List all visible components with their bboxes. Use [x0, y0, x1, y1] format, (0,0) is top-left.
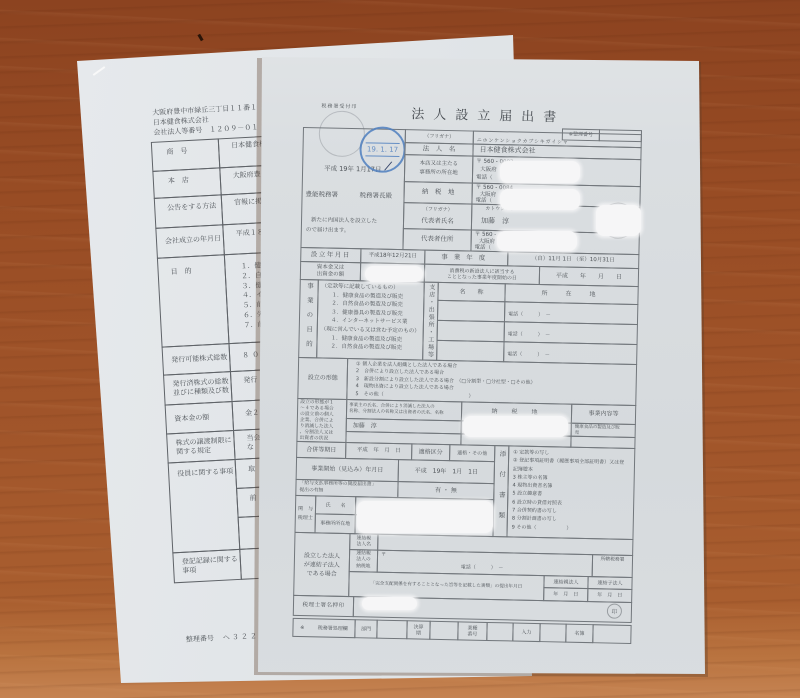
redaction-predecessor-tax-place: [463, 416, 568, 437]
transfer-restriction-label: 関する規定: [176, 447, 211, 458]
tax-place-label-cell: 納 税 地: [403, 181, 472, 204]
signature-label-cell: 税理士署名押印: [293, 595, 354, 617]
branch-phone: 電話（ ） －: [508, 311, 551, 318]
redaction-signature: [362, 597, 417, 610]
parent-name-label: 法人名: [356, 542, 371, 548]
branch-location-header-text: 所 在 地: [541, 290, 601, 298]
public-notice-label-cell: 公告をする方法: [154, 194, 224, 229]
tax-office-name: 豊能税務署: [306, 189, 339, 199]
qualification-label: 適格区分: [419, 448, 443, 456]
form-title: 法人設立届出書: [411, 103, 565, 125]
reference-number: ヘ３２２: [223, 631, 259, 643]
capital-label: 出資金の額: [317, 271, 345, 278]
redaction-head-office-address: [500, 161, 580, 183]
merger-date-value: 平成 年 月 日: [357, 447, 401, 455]
department-field: [376, 620, 407, 640]
consumption-tax-label: こととなった事業年度開始の日: [447, 274, 517, 281]
attachments-list-cell: ① 定款等の写し ② 登記事項証明書（履歴事項全部証明書）又は登記簿謄本 3 株…: [506, 445, 635, 540]
branch-name-cell: [437, 320, 505, 342]
signature-seal-text: 印: [611, 607, 617, 616]
date-stamp-date: 19. 1. 17: [367, 145, 398, 154]
corp-name-value: 日本健食株式会社: [479, 146, 535, 156]
declaration-line: ので届け出ます。: [306, 225, 350, 234]
authorized-shares-label: 発行可能株式総数: [171, 353, 227, 365]
tax-place-label: 納 税 地: [422, 189, 455, 197]
industry-code-field: [486, 622, 513, 642]
document-date-label: 「完全支配関係を有することとなった旨等を記載した書類」の提出年月日: [371, 582, 523, 591]
tax-accountant-name-label: 氏 名: [326, 502, 346, 508]
parent-tax-place-label: 納税地: [356, 564, 371, 571]
parent-postal-mark: 〒: [381, 552, 386, 558]
rep-address-label: 代表者住所: [421, 236, 454, 244]
addressee: 税務署長殿: [360, 190, 393, 200]
registry-record-label: 事項: [182, 567, 196, 577]
department-label-cell: 部門: [354, 619, 377, 638]
office-use-label: 税務署処理欄: [318, 625, 348, 632]
predecessor-name-header-text: 名称、分割法人の名称又は出資者の氏名、名称: [349, 409, 444, 417]
industry-code-label: 番号: [467, 631, 477, 637]
formation-label-cell: 設立の形態: [297, 357, 348, 400]
purpose-label: 目 的: [170, 267, 191, 278]
receipt-stamp-label: 税務署受付印: [321, 102, 357, 110]
predecessor-business: 健康食品の製造及び販: [575, 425, 620, 431]
attachment-item: 9 その他（ ）: [512, 523, 572, 533]
tax-accountant-office-label-cell: 事務所所在地: [314, 513, 355, 534]
predecessor-business-header-text: 事業内容等: [588, 410, 618, 418]
establishment-notification-form: 税務署受付印 法人設立届出書 ※整理番号 平成 19年 1月17日 豊能税務署 …: [292, 127, 643, 649]
head-office-label: 事務所の所在地: [419, 168, 458, 178]
child-date-label: 連結子法人: [597, 580, 622, 587]
trade-name-label: 商 号: [166, 147, 187, 158]
jurisdiction-cell: 所轄税務署: [592, 554, 633, 578]
attachments-label: 添付書類: [496, 450, 506, 532]
tax-accountant-name-label-cell: 氏 名: [315, 495, 356, 515]
fiscal-year-label: 事業年度: [441, 254, 491, 263]
input-label: 入力: [521, 629, 531, 635]
payroll-value: 有 ・ 無: [435, 487, 457, 495]
rep-name-label: 代表者氏名: [421, 218, 454, 226]
redaction-representative-seal: [596, 205, 641, 236]
officers-label: 役員に関する事項: [177, 467, 233, 479]
redaction-tax-place-address: [500, 189, 580, 210]
purpose-item: ２．自然食品の製造及び販売: [320, 343, 402, 353]
office-use-marker: ※: [300, 625, 304, 631]
redaction-tax-accountant: [357, 501, 493, 533]
consolidated-label: である場合: [307, 569, 337, 579]
branch-phone: 電話（ ） －: [508, 331, 551, 338]
parent-date-label: 連結親法人: [553, 579, 578, 586]
reference-number-label: 整理番号: [186, 633, 214, 644]
department-label: 部門: [361, 626, 371, 632]
rep-address-label-cell: 代表者住所: [402, 228, 471, 251]
formation-label: 設立の形態: [308, 375, 338, 383]
predecessor-name: 加藤 淳: [353, 422, 377, 430]
declaration-line: 新たに内国法人を設立した: [311, 215, 377, 224]
branch-name-header-text: 名 称: [459, 288, 483, 296]
tax-accountant-label: 税理士: [298, 514, 313, 523]
officers-label-cell: 役員に関する事項: [168, 459, 241, 553]
parent-name-label-cell: 連結親 法人名: [349, 533, 378, 551]
input-label-cell: 入力: [512, 622, 540, 642]
business-start-value-cell: 平成 19年 1月 1日: [398, 459, 495, 484]
predecessor-label-cell: 設立の形態が１ ～４である場合 の設立前の個人 企業、合併によ り消滅した法人 …: [296, 398, 347, 443]
tax-accountant-label: 関 与: [298, 505, 313, 514]
qualification-value: 適格・その他: [457, 450, 487, 457]
branch-name-cell: [437, 300, 505, 322]
parent-tax-place-label-cell: 連結親 法人の 納税地: [349, 549, 378, 573]
branch-phone: 電話（ ） －: [507, 351, 550, 358]
public-notice-label: 公告をする方法: [167, 202, 216, 214]
rep-furigana-label: （フリガナ）: [423, 206, 453, 213]
register-label: 名簿: [574, 630, 584, 636]
register-field: [592, 624, 631, 644]
consolidated-label-cell: 設立した法人 が連結子法人 である場合: [293, 532, 350, 597]
establishment-date-label: 設立年月日: [311, 251, 351, 260]
fiscal-term-label-cell: 決算 期: [406, 620, 430, 639]
rep-name-value: 加藤 淳: [475, 217, 509, 226]
consumption-tax-date: 平成 年 月 日: [556, 272, 622, 281]
establishment-date-value: 平成18年12月21日: [368, 253, 417, 261]
fiscal-term-field: [429, 621, 458, 641]
established-label: 会社成立の年月日: [165, 234, 221, 246]
representative-label-cell: （フリガナ） 代表者氏名: [403, 202, 473, 230]
head-office-phone: 電話（: [476, 174, 493, 182]
purpose-label-cell: 目 的: [157, 254, 230, 347]
register-label-cell: 名簿: [565, 624, 593, 644]
jurisdiction-label: 所轄税務署: [600, 557, 624, 563]
fiscal-year-value: （自）11月 1日 （至）10月31日: [532, 256, 615, 264]
issued-shares-label-cell: 発行済株式の総数 並びに種類及び数: [163, 371, 233, 406]
business-start-date: 平成 19年 1月 1日: [415, 467, 478, 476]
purpose-label: 事業の目的: [304, 282, 313, 355]
business-start-label: 事業開始（見込み）年月日: [311, 465, 383, 474]
furigana-label: （フリガナ）: [424, 134, 454, 141]
wood-mark: [197, 34, 203, 42]
parent-date: 年 月 日: [553, 591, 578, 598]
officers-value: 取: [248, 465, 255, 475]
redaction-representative-address: [497, 231, 577, 251]
child-date: 年 月 日: [597, 592, 622, 599]
payroll-label: 提出の有無: [299, 488, 323, 495]
capital-label: 資本金の額: [174, 413, 209, 424]
head-office-label-cell: 本店又は主たる 事務所の所在地: [404, 154, 474, 183]
merger-date-label: 合併等期日: [306, 446, 336, 454]
predecessor-business-header: 事業内容等: [571, 404, 636, 425]
branch-name-cell: [436, 340, 504, 362]
head-office-label: 本 店: [168, 176, 189, 187]
tax-accountant-label-cell: 関 与 税理士: [294, 495, 316, 533]
corp-name-label: 法 人 名: [423, 145, 456, 153]
established-label-cell: 会社成立の年月日: [155, 224, 225, 259]
office-use-label-cell: ※ 税務署処理欄: [292, 618, 355, 638]
purpose-list-cell: （定款等に記載しているもの） １．健康食品の製造及び販売 ２．自然食品の製造及び…: [316, 279, 425, 360]
redaction-capital-amount: [365, 266, 423, 282]
input-field: [539, 623, 566, 643]
registry-record-label-cell: 登記記録に関する 事項: [172, 549, 242, 584]
issued-shares-label: 並びに種類及び数: [173, 387, 229, 399]
fiscal-term-label: 期: [416, 630, 421, 636]
transfer-restriction-value: な: [247, 443, 254, 453]
signature-label: 税理士署名押印: [302, 602, 344, 609]
tax-accountant-office-label: 事務所所在地: [320, 520, 350, 527]
branches-label: 支店・出張所・工場等: [426, 284, 435, 359]
industry-code-label-cell: 業種 番号: [457, 621, 487, 641]
formation-options-cell: ① 個人企業を法人組織とした法人である場合 2 合併により設立した法人である場合…: [346, 358, 637, 406]
parent-phone: 電話（ ） －: [381, 563, 504, 572]
